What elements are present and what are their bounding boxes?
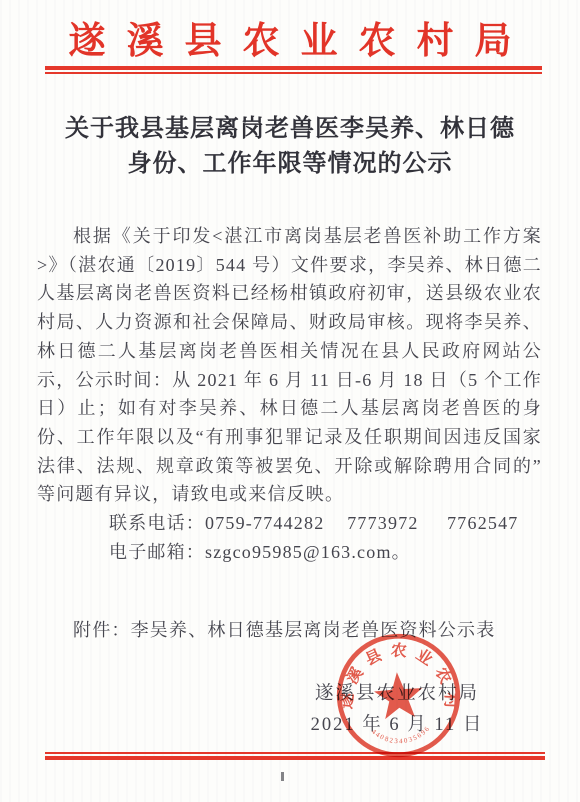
contact-email-line: 电子邮箱：szgco95985@163.com。 — [37, 538, 542, 567]
attachment-line: 附件：李吴养、林日德基层离岗老兽医资料公示表 — [37, 616, 542, 642]
letterhead-agency-title: 遂溪县农业农村局 — [0, 10, 580, 64]
notice-paragraph: 根据《关于印发<湛江市离岗基层老兽医补助工作方案>》（湛农通〔2019〕544 … — [37, 222, 542, 509]
seal-star-icon — [373, 671, 424, 720]
document-title-line2: 身份、工作年限等情况的公示 — [20, 147, 560, 182]
seal-code-number: 4408234035696 — [370, 724, 433, 747]
divider-thin-line — [45, 72, 542, 74]
official-seal-stamp: 遂溪县农业农村局 4408234035696 — [331, 628, 467, 764]
letterhead-divider-line — [45, 66, 542, 74]
footer-divider-line — [45, 752, 545, 760]
document-title-line1: 关于我县基层离岗老兽医李吴养、林日德 — [20, 112, 560, 147]
document-title: 关于我县基层离岗老兽医李吴养、林日德 身份、工作年限等情况的公示 — [20, 112, 560, 182]
scanned-official-notice-page: 遂溪县农业农村局 关于我县基层离岗老兽医李吴养、林日德 身份、工作年限等情况的公… — [0, 0, 580, 802]
footer-thick-line — [45, 756, 545, 760]
seal-graphic: 遂溪县农业农村局 4408234035696 — [331, 628, 467, 764]
contact-phone-line: 联系电话：0759-7744282 7773972 7762547 — [37, 509, 542, 538]
notice-body: 根据《关于印发<湛江市离岗基层老兽医补助工作方案>》（湛农通〔2019〕544 … — [37, 222, 542, 566]
page-number-mark — [281, 772, 284, 781]
